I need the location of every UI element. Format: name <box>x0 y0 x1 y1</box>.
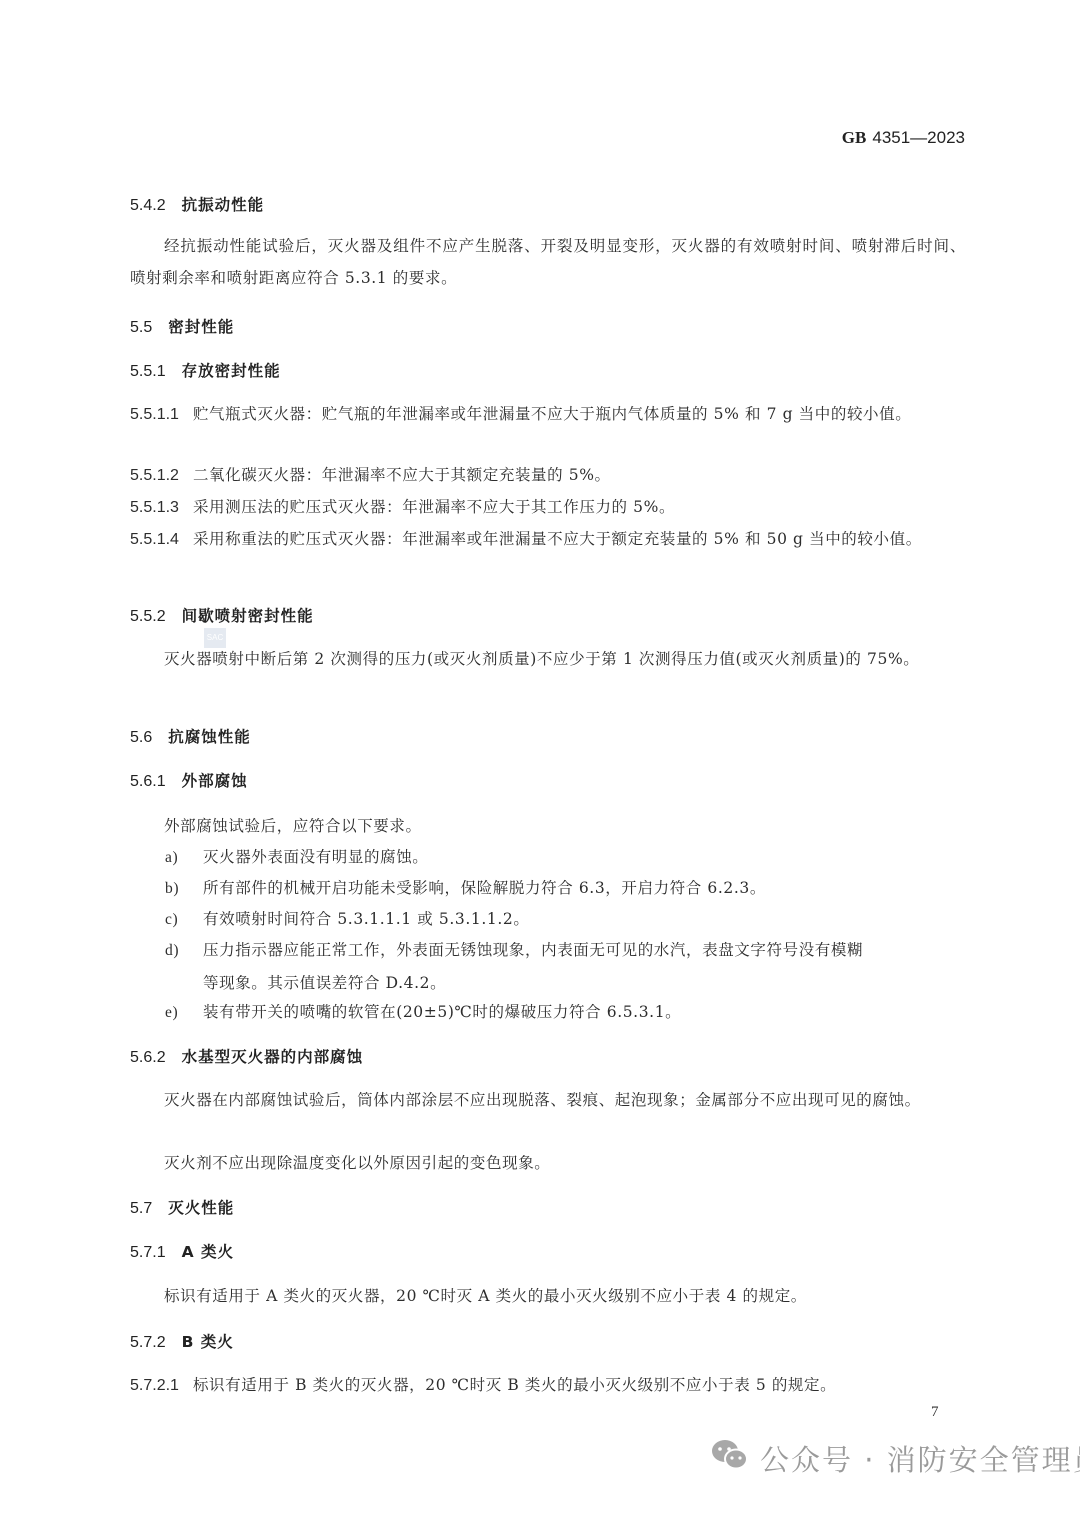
list-text: 压力指示器应能正常工作，外表面无锈蚀现象，内表面无可见的水汽，表盘文字符号没有模… <box>203 941 863 959</box>
clause-title: 抗腐蚀性能 <box>168 728 251 746</box>
clause-number: 5.7 <box>130 1200 152 1218</box>
wechat-watermark: 公众号 · 消防安全管理员 <box>710 1438 1080 1479</box>
paragraph-5-6-2-1: 灭火器在内部腐蚀试验后，筒体内部涂层不应出现脱落、裂痕、起泡现象；金属部分不应出… <box>130 1084 966 1116</box>
list-text: 装有带开关的喷嘴的软管在(20±5)℃时的爆破压力符合 6.5.3.1。 <box>203 1003 681 1021</box>
clause-number: 5.5.1 <box>130 363 166 381</box>
clause-title: 水基型灭火器的内部腐蚀 <box>182 1048 364 1066</box>
list-text: 有效喷射时间符合 5.3.1.1.1 或 5.3.1.1.2。 <box>203 910 529 928</box>
list-marker: d) <box>165 935 203 967</box>
clause-number: 5.5.1.4 <box>130 524 179 556</box>
heading-5-6-1: 5.6.1外部腐蚀 <box>130 769 248 791</box>
paragraph-5-5-2: 灭火器喷射中断后第 2 次测得的压力(或灭火剂质量)不应少于第 1 次测得压力值… <box>130 643 966 675</box>
list-text: 所有部件的机械开启功能未受影响，保险解脱力符合 6.3，开启力符合 6.2.3。 <box>203 879 766 897</box>
clause-title: 外部腐蚀 <box>182 772 248 790</box>
clause-number: 5.5.2 <box>130 608 166 626</box>
clause-number: 5.4.2 <box>130 197 166 215</box>
clause-number: 5.6.1 <box>130 773 166 791</box>
list-text: 灭火器外表面没有明显的腐蚀。 <box>203 848 428 866</box>
paragraph-5-5-1-2: 5.5.1.2二氧化碳灭火器：年泄漏率不应大于其额定充装量的 5%。 <box>130 459 966 492</box>
heading-5-6: 5.6抗腐蚀性能 <box>130 725 251 747</box>
heading-5-7-2: 5.7.2B 类火 <box>130 1330 234 1352</box>
heading-5-5-1: 5.5.1存放密封性能 <box>130 359 281 381</box>
standard-prefix: GB <box>842 128 867 147</box>
clause-number: 5.6.2 <box>130 1049 166 1067</box>
list-marker: a) <box>165 842 203 874</box>
paragraph-5-7-1: 标识有适用于 A 类火的灭火器，20 ℃时灭 A 类火的最小灭火级别不应小于表 … <box>130 1280 966 1312</box>
list-item-a: a)灭火器外表面没有明显的腐蚀。 <box>165 841 965 874</box>
wechat-icon <box>710 1438 760 1479</box>
paragraph-5-4-2: 经抗振动性能试验后，灭火器及组件不应产生脱落、开裂及明显变形，灭火器的有效喷射时… <box>130 230 966 294</box>
heading-5-7-1: 5.7.1A 类火 <box>130 1240 234 1262</box>
standard-number: 4351—2023 <box>872 128 965 147</box>
list-marker: b) <box>165 873 203 905</box>
clause-title: A 类火 <box>182 1243 234 1261</box>
heading-5-5-2: 5.5.2间歇喷射密封性能 <box>130 604 314 626</box>
paragraph-5-5-1-4: 5.5.1.4采用称重法的贮压式灭火器：年泄漏率或年泄漏量不应大于额定充装量的 … <box>130 523 966 556</box>
clause-number: 5.5.1.2 <box>130 460 179 492</box>
list-item-b: b)所有部件的机械开启功能未受影响，保险解脱力符合 6.3，开启力符合 6.2.… <box>165 872 965 905</box>
heading-5-6-2: 5.6.2水基型灭火器的内部腐蚀 <box>130 1045 363 1067</box>
standard-code: GB4351—2023 <box>842 128 965 148</box>
clause-number: 5.5.1.3 <box>130 492 179 524</box>
paragraph-5-5-1-3: 5.5.1.3采用测压法的贮压式灭火器：年泄漏率不应大于其工作压力的 5%。 <box>130 491 966 524</box>
clause-number: 5.7.2 <box>130 1334 166 1352</box>
watermark-text: 公众号 · 消防安全管理员 <box>760 1438 1080 1479</box>
clause-title: 间歇喷射密封性能 <box>182 607 314 625</box>
clause-text: 标识有适用于 B 类火的灭火器，20 ℃时灭 B 类火的最小灭火级别不应小于表 … <box>193 1376 836 1394</box>
clause-number: 5.6 <box>130 729 152 747</box>
clause-number: 5.5 <box>130 319 152 337</box>
clause-text: 采用称重法的贮压式灭火器：年泄漏率或年泄漏量不应大于额定充装量的 5% 和 50… <box>193 530 922 548</box>
paragraph-5-6-2-2: 灭火剂不应出现除温度变化以外原因引起的变色现象。 <box>130 1147 966 1179</box>
list-marker: e) <box>165 997 203 1029</box>
list-text-continuation: 等现象。其示值误差符合 D.4.2。 <box>165 967 965 999</box>
clause-title: 密封性能 <box>168 318 234 336</box>
paragraph-5-6-1-intro: 外部腐蚀试验后，应符合以下要求。 <box>130 810 966 842</box>
clause-number: 5.5.1.1 <box>130 399 179 431</box>
clause-text: 采用测压法的贮压式灭火器：年泄漏率不应大于其工作压力的 5%。 <box>193 498 675 516</box>
heading-5-4-2: 5.4.2抗振动性能 <box>130 193 264 215</box>
clause-title: 灭火性能 <box>168 1199 234 1217</box>
heading-5-5: 5.5密封性能 <box>130 315 234 337</box>
list-item-e: e)装有带开关的喷嘴的软管在(20±5)℃时的爆破压力符合 6.5.3.1。 <box>165 996 965 1029</box>
clause-title: 存放密封性能 <box>182 362 281 380</box>
list-marker: c) <box>165 904 203 936</box>
clause-text: 二氧化碳灭火器：年泄漏率不应大于其额定充装量的 5%。 <box>193 466 611 484</box>
clause-title: B 类火 <box>182 1333 234 1351</box>
list-item-c: c)有效喷射时间符合 5.3.1.1.1 或 5.3.1.1.2。 <box>165 903 965 936</box>
paragraph-5-5-1-1: 5.5.1.1贮气瓶式灭火器：贮气瓶的年泄漏率或年泄漏量不应大于瓶内气体质量的 … <box>130 398 966 431</box>
list-item-d: d)压力指示器应能正常工作，外表面无锈蚀现象，内表面无可见的水汽，表盘文字符号没… <box>165 934 965 999</box>
page-number: 7 <box>931 1404 939 1421</box>
clause-number: 5.7.1 <box>130 1244 166 1262</box>
heading-5-7: 5.7灭火性能 <box>130 1196 234 1218</box>
paragraph-5-7-2-1: 5.7.2.1标识有适用于 B 类火的灭火器，20 ℃时灭 B 类火的最小灭火级… <box>130 1369 966 1402</box>
clause-text: 贮气瓶式灭火器：贮气瓶的年泄漏率或年泄漏量不应大于瓶内气体质量的 5% 和 7 … <box>193 405 911 423</box>
clause-title: 抗振动性能 <box>182 196 265 214</box>
clause-number: 5.7.2.1 <box>130 1370 179 1402</box>
